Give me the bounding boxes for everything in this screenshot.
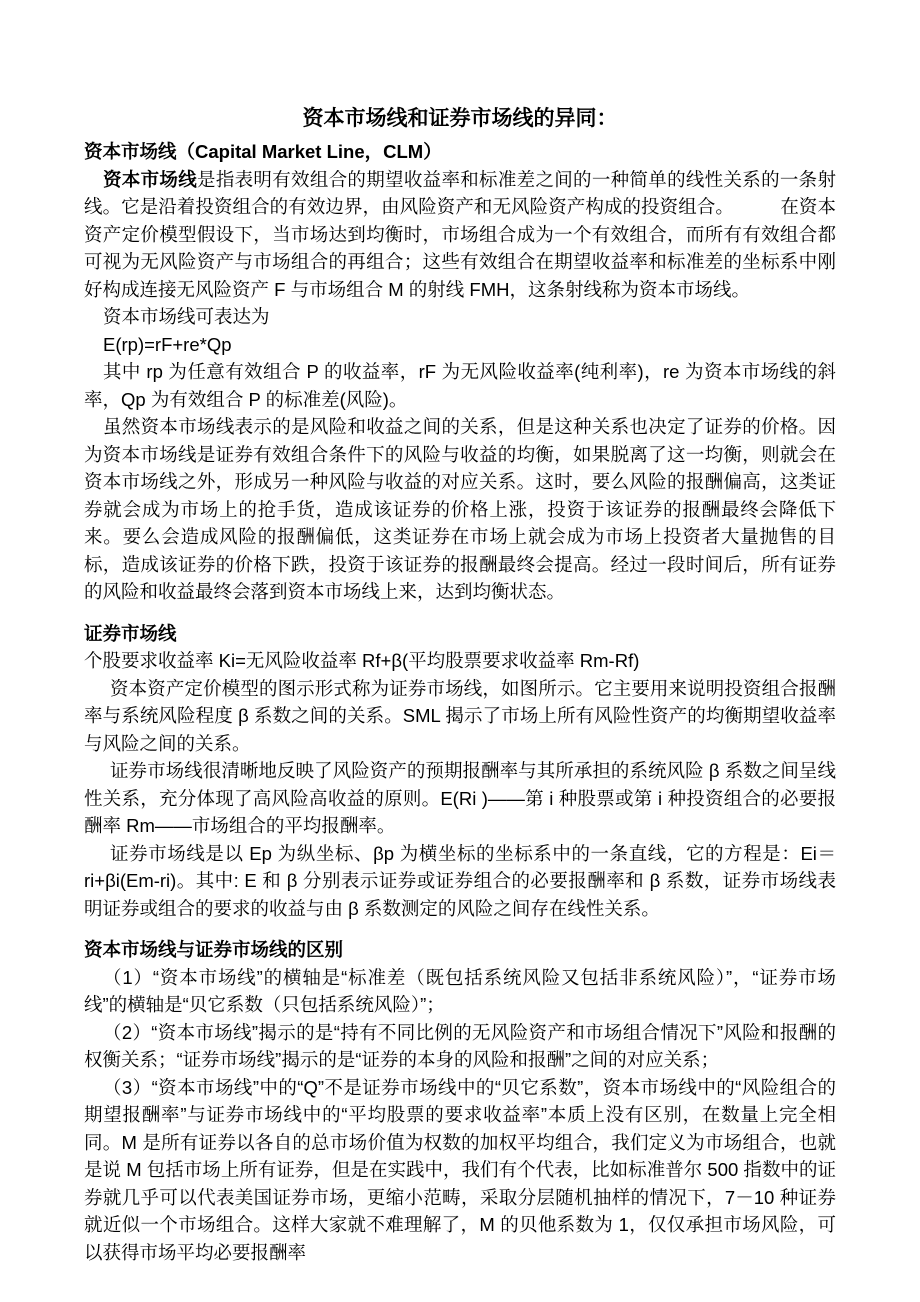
paragraph-cml-definition: 资本市场线是指表明有效组合的期望收益率和标准差之间的一种简单的线性关系的一条射线…	[84, 166, 836, 304]
paragraph-sml-linear-relation: 证券市场线很清晰地反映了风险资产的预期报酬率与其所承担的系统风险 β 系数之间呈…	[84, 757, 836, 840]
cml-definition-text: 是指表明有效组合的期望收益率和标准差之间的一种简单的线性关系的一条射线。它是沿着…	[84, 169, 836, 300]
heading-security-market-line: 证券市场线	[84, 620, 836, 648]
paragraph-difference-3: （3）“资本市场线”中的“Q”不是证券市场线中的“贝它系数”，资本市场线中的“风…	[84, 1074, 836, 1267]
heading-differences: 资本市场线与证券市场线的区别	[84, 936, 836, 964]
paragraph-capm-graph: 资本资产定价模型的图示形式称为证券市场线，如图所示。它主要用来说明投资组合报酬率…	[84, 675, 836, 758]
paragraph-sml-formula: 个股要求收益率 Ki=无风险收益率 Rf+β(平均股票要求收益率 Rm-Rf)	[84, 647, 836, 675]
paragraph-cml-expression-intro: 资本市场线可表达为	[84, 303, 836, 331]
paragraph-sml-equation: 证券市场线是以 Ep 为纵坐标、βp 为横坐标的坐标系中的一条直线，它的方程是：…	[84, 840, 836, 923]
paragraph-difference-2: （2）“资本市场线”揭示的是“持有不同比例的无风险资产和市场组合情况下”风险和报…	[84, 1019, 836, 1074]
heading-capital-market-line: 资本市场线（Capital Market Line，CLM）	[84, 138, 836, 166]
paragraph-difference-1: （1）“资本市场线”的横轴是“标准差（既包括系统风险又包括非系统风险）”，“证券…	[84, 964, 836, 1019]
paragraph-formula-terms: 其中 rp 为任意有效组合 P 的收益率，rF 为无风险收益率(纯利率)，re …	[84, 358, 836, 413]
document-page: 资本市场线和证券市场线的异同： 资本市场线（Capital Market Lin…	[0, 0, 920, 1302]
paragraph-cml-equilibrium: 虽然资本市场线表示的是风险和收益之间的关系，但是这种关系也决定了证券的价格。因为…	[84, 413, 836, 606]
document-title: 资本市场线和证券市场线的异同：	[84, 104, 836, 134]
cml-bold-lead: 资本市场线	[103, 169, 197, 190]
cml-formula: E(rp)=rF+re*Qp	[84, 331, 836, 359]
